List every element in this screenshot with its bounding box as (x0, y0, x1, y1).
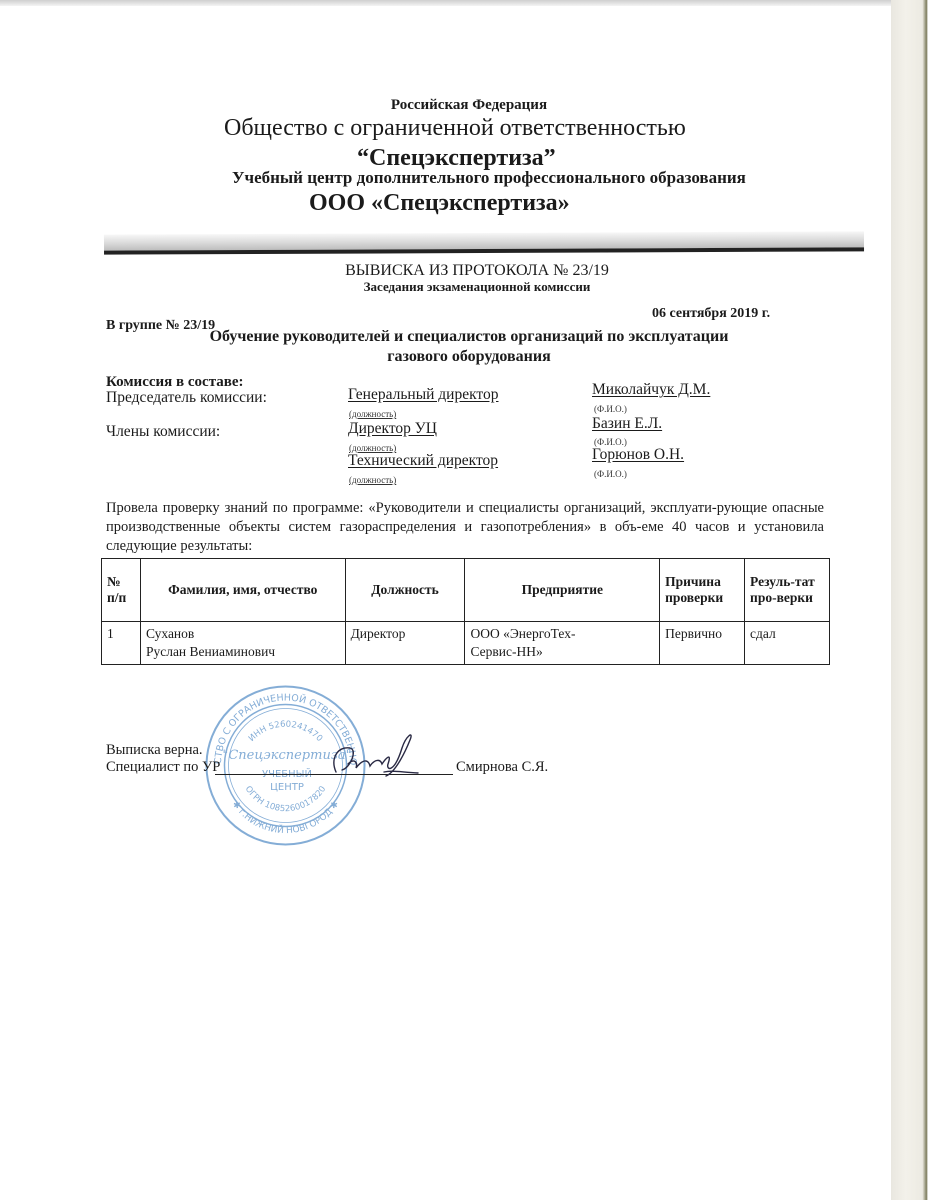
document-title: ВЫВИСКА ИЗ ПРОТОКОЛА № 23/19 (0, 262, 928, 280)
scan-right-margin (891, 0, 928, 1200)
paper-top-edge (0, 0, 895, 6)
chair-position: Генеральный директор (348, 386, 499, 404)
signoff-name: Смирнова С.Я. (456, 759, 548, 776)
cell-company-line2: Сервис-НН» (470, 643, 654, 661)
cell-surname: Суханов (146, 625, 340, 643)
col-header-result: Резуль-тат про-верки (745, 559, 830, 622)
position-caption: (должность) (349, 475, 396, 485)
col-header-fio: Фамилия, имя, отчество (140, 559, 345, 622)
letterhead-training-center: Учебный центр дополнительного профессион… (232, 168, 746, 188)
cell-company-line1: ООО «ЭнергоТех- (470, 625, 654, 643)
results-table: № п/п Фамилия, имя, отчество Должность П… (101, 558, 830, 665)
chair-label: Председатель комиссии: (106, 389, 267, 407)
fio-caption: (Ф.И.О.) (594, 469, 627, 479)
course-title-line2: газового оборудования (0, 348, 928, 366)
member2-name: Горюнов О.Н. (592, 446, 684, 464)
table-row: 1 Суханов Руслан Вениаминович Директор О… (102, 622, 830, 665)
member2-position: Технический директор (348, 452, 498, 470)
document-subtitle: Заседания экзаменационной комиссии (0, 279, 928, 295)
col-header-number: № п/п (102, 559, 141, 622)
cell-given-name: Руслан Вениаминович (146, 643, 340, 661)
fio-caption: (Ф.И.О.) (594, 404, 627, 414)
cell-reason: Первично (660, 622, 745, 665)
program-paragraph: Провела проверку знаний по программе: «Р… (106, 499, 824, 556)
member1-position: Директор УЦ (348, 420, 437, 438)
table-header-row: № п/п Фамилия, имя, отчество Должность П… (102, 559, 830, 622)
col-header-reason: Причина проверки (660, 559, 745, 622)
cell-position: Директор (345, 622, 465, 665)
letterhead-country: Российская Федерация (0, 97, 928, 114)
position-caption: (должность) (349, 409, 396, 419)
stamp-inn: ИНН 5260241470 (247, 720, 324, 744)
signoff-verified: Выписка верна. (106, 742, 203, 759)
stamp-center2: ЦЕНТР (270, 782, 304, 793)
cell-company: ООО «ЭнергоТех- Сервис-НН» (465, 622, 660, 665)
cell-result: сдал (745, 622, 830, 665)
col-header-position: Должность (345, 559, 465, 622)
chair-name: Миколайчук Д.М. (592, 381, 710, 399)
handwritten-signature (328, 728, 426, 778)
document-date: 06 сентября 2019 г. (652, 306, 770, 322)
col-header-company: Предприятие (465, 559, 660, 622)
member1-name: Базин Е.Л. (592, 415, 662, 433)
signoff-role: Специалист по УР (106, 759, 220, 776)
letterhead-divider (104, 231, 864, 254)
members-label: Члены комиссии: (106, 423, 220, 441)
letterhead-org-short: ООО «Спецэкспертиза» (309, 190, 570, 217)
letterhead-org-type: Общество с ограниченной ответственностью (224, 115, 686, 142)
course-title-line1: Обучение руководителей и специалистов ор… (0, 328, 928, 346)
cell-fio: Суханов Руслан Вениаминович (140, 622, 345, 665)
cell-number: 1 (102, 622, 141, 665)
